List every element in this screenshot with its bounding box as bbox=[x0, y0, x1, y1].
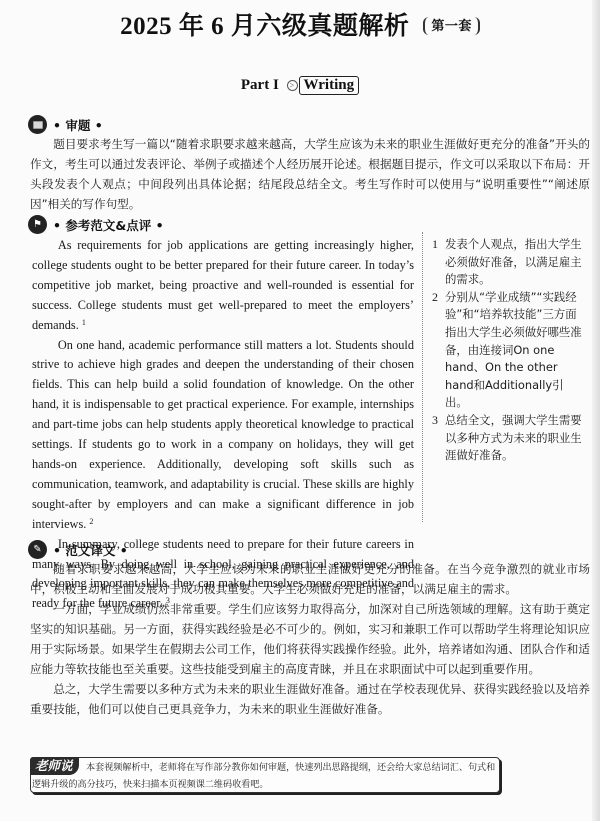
set-badge: 第一套 bbox=[423, 17, 480, 35]
document-icon bbox=[28, 115, 47, 134]
teacher-tip-text: 本套视频解析中，老师将在写作部分教你如何审题，快速列出思路提纲，还会给大家总结词… bbox=[32, 760, 498, 794]
section-title: • 参考范文&点评 • bbox=[53, 216, 164, 234]
section-title: • 范文译文 • bbox=[53, 541, 128, 559]
document-page: 2025 年 6 月六级真题解析第一套 Part I >Writing • 审题… bbox=[0, 0, 592, 821]
note-item: 2 分别从“学业成绩”“实践经验”和“培养软技能”三方面指出大学生必须做好哪些准… bbox=[432, 289, 582, 412]
note-ref: 1 bbox=[82, 318, 86, 327]
analysis-text-block: 题目要求考生写一篇以“随着求职要求越来越高，大学生应该为未来的职业生涯做好更充分… bbox=[30, 134, 590, 214]
essay-paragraph: On one hand, academic performance still … bbox=[32, 336, 414, 535]
translation-text-block: 随着求职要求越来越高，大学生应该为未来的职业生涯做好更充分的准备。在当今竞争激烈… bbox=[30, 559, 590, 719]
circle-arrow-right-icon: > bbox=[287, 80, 298, 91]
comment-notes: 1 发表个人观点，指出大学生必须做好准备，以满足雇主的需求。 2 分别从“学业成… bbox=[432, 236, 582, 465]
pen-icon: ✎ bbox=[28, 540, 47, 559]
section-heading-analysis: • 审题 • bbox=[28, 115, 103, 134]
part-section-tag: Writing bbox=[299, 76, 360, 95]
page-edge bbox=[592, 0, 600, 821]
note-item: 1 发表个人观点，指出大学生必须做好准备，以满足雇主的需求。 bbox=[432, 236, 582, 289]
note-text: 分别从“学业成绩”“实践经验”和“培养软技能”三方面指出大学生必须做好哪些准备，… bbox=[445, 289, 582, 412]
note-ref: 2 bbox=[89, 517, 93, 526]
section-heading-translation: ✎ • 范文译文 • bbox=[28, 540, 128, 559]
part-label: Part I bbox=[241, 77, 279, 93]
flag-icon: ⚑ bbox=[28, 215, 47, 234]
analysis-paragraph: 题目要求考生写一篇以“随着求职要求越来越高，大学生应该为未来的职业生涯做好更充分… bbox=[30, 134, 590, 214]
section-heading-sample: ⚑ • 参考范文&点评 • bbox=[28, 215, 164, 234]
note-text: 总结全文，强调大学生需要以多种方式为未来的职业生涯做好准备。 bbox=[445, 412, 582, 465]
essay-paragraph: As requirements for job applications are… bbox=[32, 236, 414, 336]
translation-paragraph: 总之，大学生需要以多种方式为未来的职业生涯做好准备。通过在学校表现优异、获得实践… bbox=[30, 679, 590, 719]
note-item: 3 总结全文，强调大学生需要以多种方式为未来的职业生涯做好准备。 bbox=[432, 412, 582, 465]
title-text: 2025 年 6 月六级真题解析 bbox=[120, 13, 409, 40]
note-text: 发表个人观点，指出大学生必须做好准备，以满足雇主的需求。 bbox=[445, 236, 582, 289]
note-number: 3 bbox=[432, 412, 445, 465]
dotted-divider bbox=[422, 232, 423, 522]
note-number: 2 bbox=[432, 289, 445, 412]
translation-paragraph: 随着求职要求越来越高，大学生应该为未来的职业生涯做好更充分的准备。在当今竞争激烈… bbox=[30, 559, 590, 599]
part-heading: Part I >Writing bbox=[0, 76, 600, 95]
page-title: 2025 年 6 月六级真题解析第一套 bbox=[0, 6, 600, 42]
teacher-tip-label: 老师说 bbox=[30, 757, 79, 775]
note-number: 1 bbox=[432, 236, 445, 289]
section-title: • 审题 • bbox=[53, 116, 103, 134]
translation-paragraph: 一方面，学业成绩仍然非常重要。学生们应该努力取得高分，加深对自己所选领域的理解。… bbox=[30, 599, 590, 679]
